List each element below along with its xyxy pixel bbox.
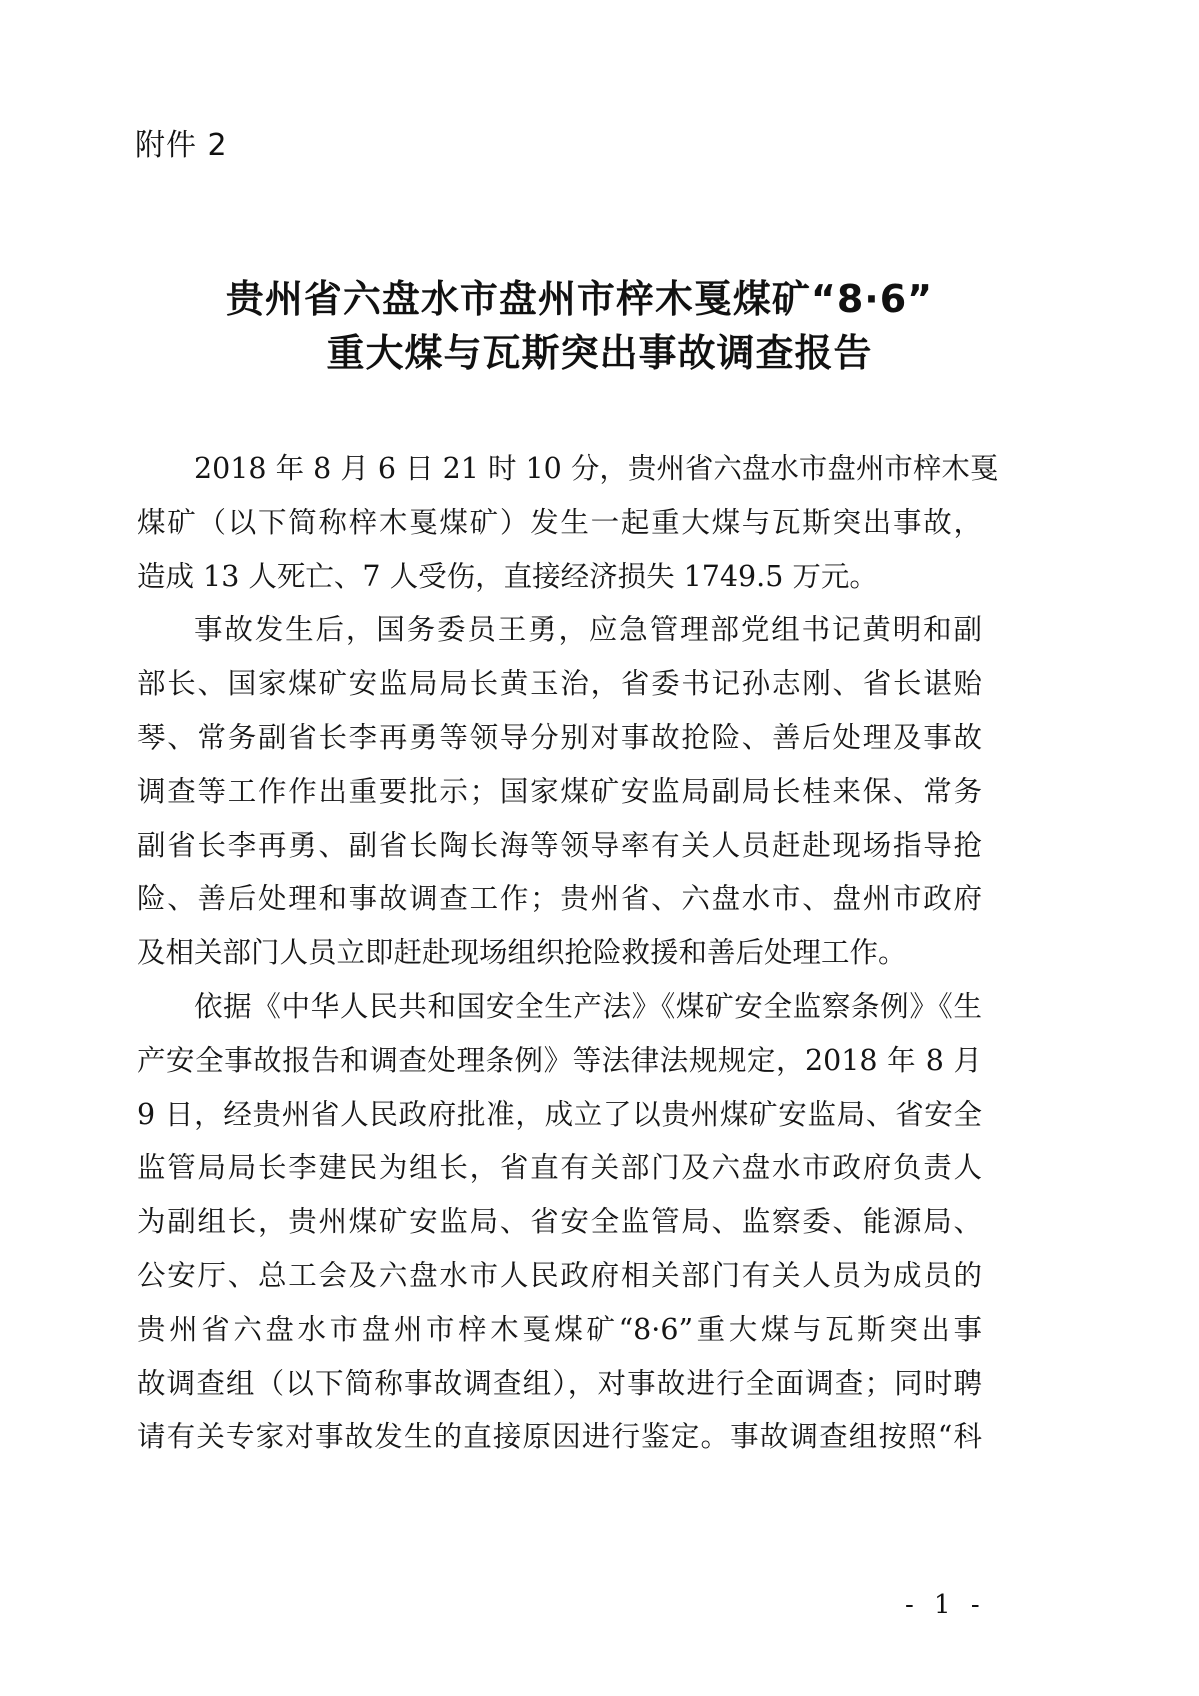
text-line: 部长、国家煤矿安监局局长黄玉治，省委书记孙志刚、省长谌贻	[137, 657, 982, 711]
attachment-label: 附件 2	[135, 126, 228, 166]
text-line: 副省长李再勇、副省长陶长海等领导率有关人员赶赴现场指导抢	[137, 819, 982, 873]
text-line: 产安全事故报告和调查处理条例》等法律法规规定，2018 年 8 月	[137, 1034, 982, 1088]
paragraph-2: 事故发生后，国务委员王勇，应急管理部党组书记黄明和副 部长、国家煤矿安监局局长黄…	[137, 603, 982, 980]
text-line: 公安厅、总工会及六盘水市人民政府相关部门有关人员为成员的	[137, 1249, 982, 1303]
text-line: 贵州省六盘水市盘州市梓木戛煤矿“8·6”重大煤与瓦斯突出事	[137, 1303, 982, 1357]
text-line: 事故发生后，国务委员王勇，应急管理部党组书记黄明和副	[137, 603, 982, 657]
text-line: 请有关专家对事故发生的直接原因进行鉴定。事故调查组按照“科	[137, 1410, 982, 1464]
paragraph-1: 2018 年 8 月 6 日 21 时 10 分，贵州省六盘水市盘州市梓木戛 煤…	[137, 442, 982, 603]
document-page: 附件 2 贵州省六盘水市盘州市梓木戛煤矿“8·6” 重大煤与瓦斯突出事故调查报告…	[0, 0, 1199, 1696]
text-line: 造成 13 人死亡、7 人受伤，直接经济损失 1749.5 万元。	[137, 550, 982, 604]
title-line-2: 重大煤与瓦斯突出事故调查报告	[0, 326, 1199, 380]
text-line: 为副组长，贵州煤矿安监局、省安全监管局、监察委、能源局、	[137, 1195, 982, 1249]
text-line: 依据《中华人民共和国安全生产法》《煤矿安全监察条例》《生	[137, 980, 982, 1034]
text-line: 9 日，经贵州省人民政府批准，成立了以贵州煤矿安监局、省安全	[137, 1088, 982, 1142]
paragraph-3: 依据《中华人民共和国安全生产法》《煤矿安全监察条例》《生 产安全事故报告和调查处…	[137, 980, 982, 1464]
text-line: 煤矿（以下简称梓木戛煤矿）发生一起重大煤与瓦斯突出事故，	[137, 496, 982, 550]
title-line-1: 贵州省六盘水市盘州市梓木戛煤矿“8·6”	[0, 272, 1199, 326]
text-line: 险、善后处理和事故调查工作；贵州省、六盘水市、盘州市政府	[137, 872, 982, 926]
page-number: - 1 -	[905, 1590, 986, 1620]
document-title: 贵州省六盘水市盘州市梓木戛煤矿“8·6” 重大煤与瓦斯突出事故调查报告	[0, 272, 1199, 380]
text-line: 及相关部门人员立即赶赴现场组织抢险救援和善后处理工作。	[137, 926, 982, 980]
document-body: 2018 年 8 月 6 日 21 时 10 分，贵州省六盘水市盘州市梓木戛 煤…	[137, 442, 982, 1464]
text-line: 调查等工作作出重要批示；国家煤矿安监局副局长桂来保、常务	[137, 765, 982, 819]
text-line: 琴、常务副省长李再勇等领导分别对事故抢险、善后处理及事故	[137, 711, 982, 765]
text-line: 2018 年 8 月 6 日 21 时 10 分，贵州省六盘水市盘州市梓木戛	[137, 442, 982, 496]
text-line: 故调查组（以下简称事故调查组），对事故进行全面调查；同时聘	[137, 1357, 982, 1411]
text-line: 监管局局长李建民为组长，省直有关部门及六盘水市政府负责人	[137, 1141, 982, 1195]
